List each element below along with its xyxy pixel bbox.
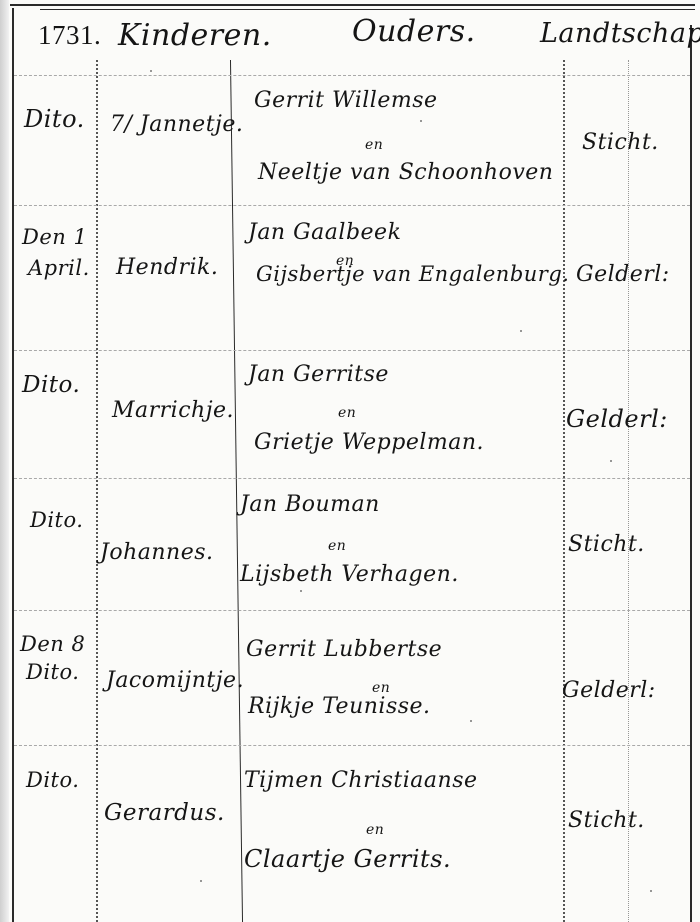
entry-region: Sticht. (582, 130, 659, 155)
entry-date: Dito. (24, 105, 85, 133)
paper-speck (470, 720, 472, 722)
entry-conjunction: en (328, 538, 346, 554)
entry-region: Gelderl: (562, 678, 656, 703)
entry-child-name: Jacomijntje. (106, 668, 244, 693)
parents-region-divider (563, 60, 565, 922)
entry-father-name: Jan Gerritse (248, 362, 389, 387)
entry-date: Dito. (22, 372, 80, 398)
entry-father-name: Jan Gaalbeek (248, 220, 401, 245)
entry-region: Gelderl: (566, 405, 668, 433)
row-guide (14, 478, 690, 479)
entry-date: Dito. (30, 508, 83, 532)
entry-conjunction: en (338, 405, 356, 421)
paper-speck (200, 880, 202, 882)
paper-speck (520, 330, 522, 332)
entry-child-name: Marrichje. (112, 398, 234, 423)
date-column-divider (96, 60, 98, 922)
row-guide (14, 75, 690, 76)
entry-date: Dito. (26, 768, 79, 792)
entry-date-line-1: Den 1 (22, 225, 87, 249)
entry-region: Sticht. (568, 532, 645, 557)
register-page: 1731. Kinderen. Ouders. Landtschap Dito.… (0, 0, 700, 922)
row-guide (14, 205, 690, 206)
entry-father-name: Gerrit Lubbertse (246, 637, 442, 662)
paper-speck (610, 460, 612, 462)
entry-date-line-2: Dito. (26, 660, 79, 684)
entry-child-name: Hendrik. (116, 255, 218, 280)
right-border-rule (690, 25, 692, 922)
child-parents-divider (230, 60, 243, 922)
entry-region: Sticht. (568, 808, 645, 833)
entry-father-name: Jan Bouman (240, 492, 380, 517)
register-year: 1731. (38, 20, 101, 51)
region-inner-divider (628, 60, 629, 922)
entry-mother-name: Rijkje Teunisse. (248, 694, 431, 719)
header-region: Landtschap (540, 18, 700, 49)
entry-child-name: Johannes. (100, 540, 214, 565)
top-border-rule (10, 4, 695, 6)
entry-father-name: Gerrit Willemse (254, 88, 438, 113)
entry-child-name: Gerardus. (104, 800, 225, 826)
entry-child-name: 7/ Jannetje. (110, 112, 243, 137)
entry-conjunction: en (366, 822, 384, 838)
paper-speck (650, 890, 652, 892)
paper-speck (420, 120, 422, 122)
top-border-rule-inner (40, 9, 695, 10)
row-guide (14, 610, 690, 611)
entry-mother-name: Gijsbertje van Engalenburg. (256, 262, 569, 286)
paper-speck (300, 590, 302, 592)
entry-conjunction: en (365, 137, 383, 153)
header-children: Kinderen. (118, 18, 272, 53)
entry-date-line-2: April. (28, 256, 90, 280)
entry-date-line-1: Den 8 (20, 632, 85, 656)
row-guide (14, 350, 690, 351)
paper-speck (150, 70, 152, 72)
entry-mother-name: Neeltje van Schoonhoven (258, 160, 553, 185)
entry-region: Gelderl: (576, 262, 670, 287)
book-spine-shadow (0, 0, 9, 922)
entry-mother-name: Lijsbeth Verhagen. (240, 562, 459, 587)
entry-mother-name: Claartje Gerrits. (244, 845, 451, 873)
header-parents: Ouders. (352, 14, 476, 49)
entry-father-name: Tijmen Christiaanse (244, 768, 478, 793)
entry-mother-name: Grietje Weppelman. (254, 430, 484, 455)
row-guide (14, 745, 690, 746)
left-margin-rule (12, 8, 14, 922)
